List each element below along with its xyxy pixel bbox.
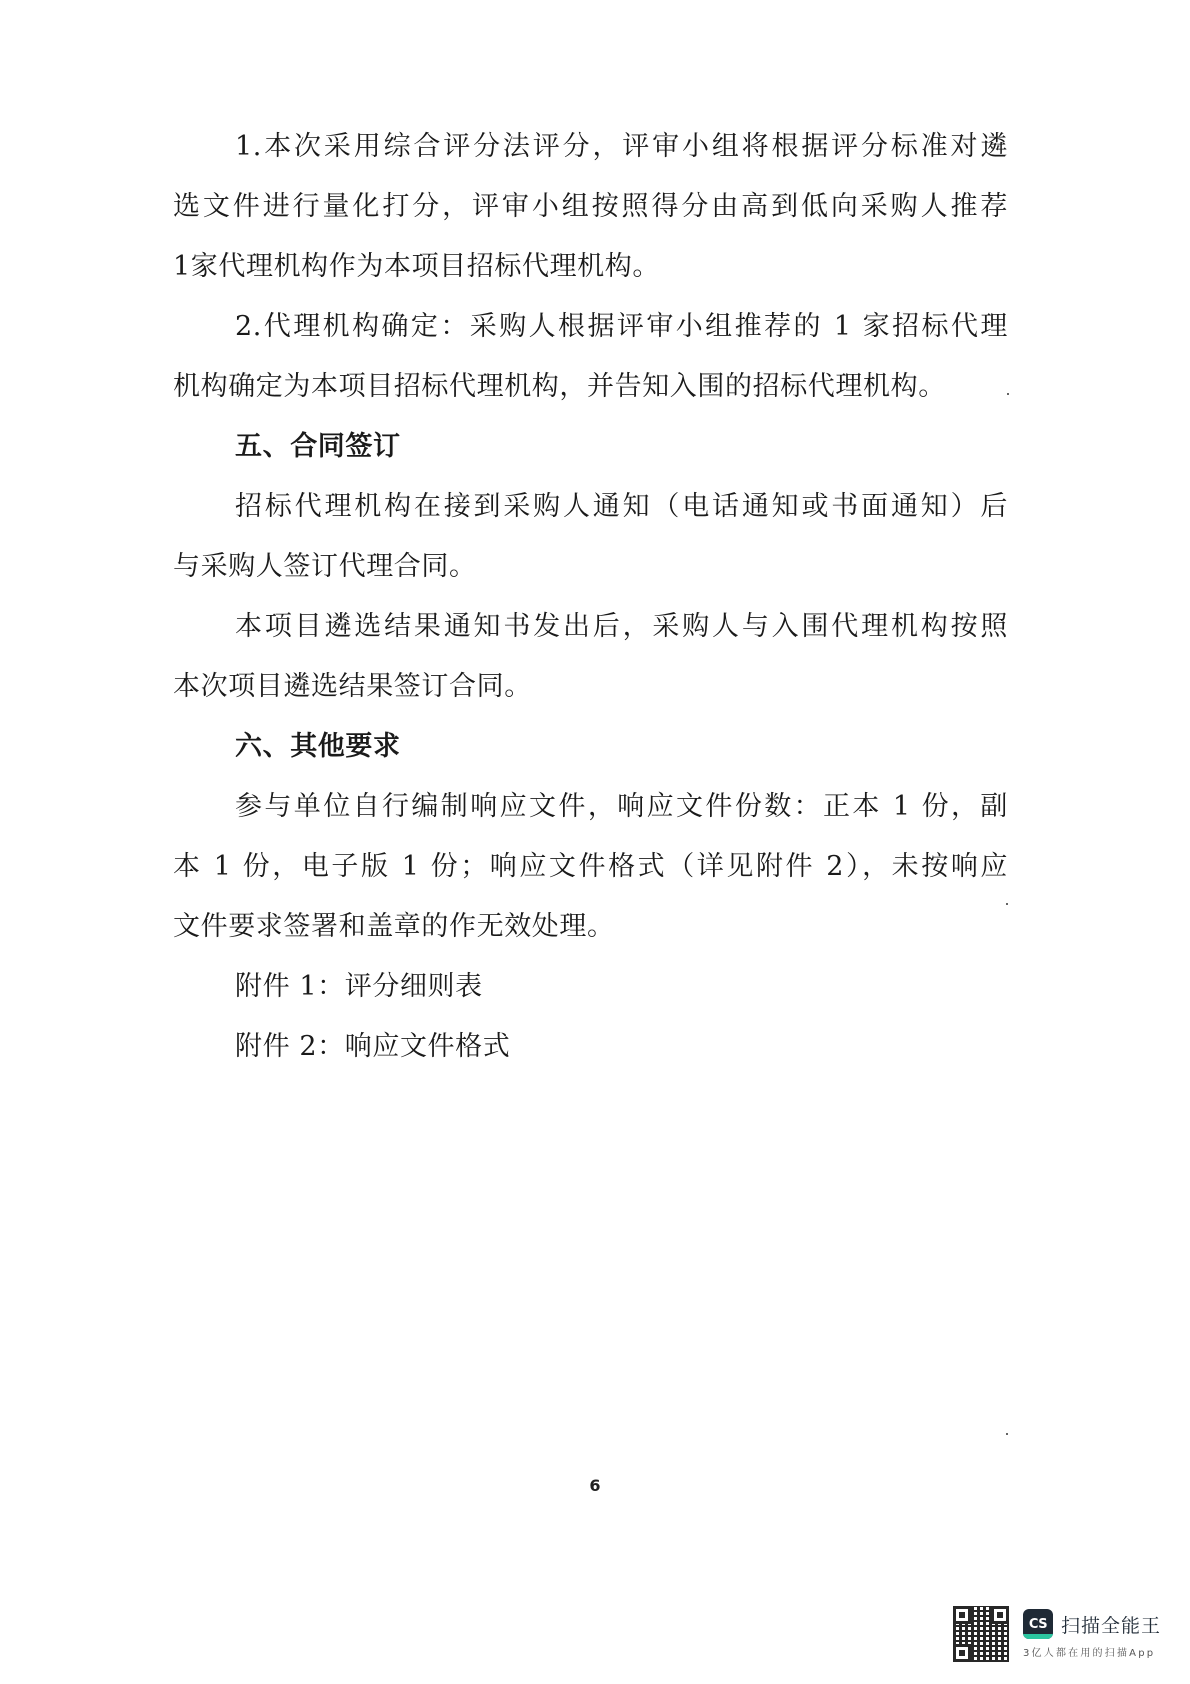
heading-text: 五、合同签订 bbox=[173, 417, 1008, 477]
text-line: 2.代理机构确定：采购人根据评审小组推荐的 1 家招标代理 bbox=[173, 297, 1008, 357]
paragraph-scoring-method: 1.本次采用综合评分法评分，评审小组将根据评分标准对遴 选文件进行量化打分，评审… bbox=[173, 117, 1008, 297]
text-line: 机构确定为本项目招标代理机构，并告知入围的招标代理机构。 bbox=[173, 357, 1008, 417]
scan-speck bbox=[1006, 903, 1008, 905]
text-line: 本项目遴选结果通知书发出后，采购人与入围代理机构按照 bbox=[173, 597, 1008, 657]
app-name: 扫描全能王 bbox=[1061, 1611, 1161, 1638]
attachment-1: 附件 1：评分细则表 bbox=[173, 957, 1008, 1017]
heading-text: 六、其他要求 bbox=[173, 717, 1008, 777]
text-line: 招标代理机构在接到采购人通知（电话通知或书面通知）后 bbox=[173, 477, 1008, 537]
attachment-2: 附件 2：响应文件格式 bbox=[173, 1017, 1008, 1077]
scan-speck bbox=[1006, 1433, 1008, 1435]
text-line: 文件要求签署和盖章的作无效处理。 bbox=[173, 897, 1008, 957]
scanner-brand: CS 扫描全能王 3亿人都在用的扫描App bbox=[1023, 1609, 1161, 1659]
text-line: 1.本次采用综合评分法评分，评审小组将根据评分标准对遴 bbox=[173, 117, 1008, 177]
text-line: 与采购人签订代理合同。 bbox=[173, 537, 1008, 597]
paragraph-contract-after-result: 本项目遴选结果通知书发出后，采购人与入围代理机构按照 本次项目遴选结果签订合同。 bbox=[173, 597, 1008, 717]
camscanner-logo-icon: CS bbox=[1023, 1609, 1053, 1639]
scanner-watermark: CS 扫描全能王 3亿人都在用的扫描App bbox=[953, 1604, 1163, 1664]
section-heading-contract-signing: 五、合同签订 bbox=[173, 417, 1008, 477]
page-number: 6 bbox=[0, 1476, 1190, 1495]
qr-code-icon bbox=[953, 1606, 1009, 1662]
attachment-label: 附件 2：响应文件格式 bbox=[173, 1017, 1008, 1077]
document-page: 1.本次采用综合评分法评分，评审小组将根据评分标准对遴 选文件进行量化打分，评审… bbox=[0, 0, 1190, 1684]
app-tagline: 3亿人都在用的扫描App bbox=[1023, 1644, 1161, 1659]
paragraph-contract-notice: 招标代理机构在接到采购人通知（电话通知或书面通知）后 与采购人签订代理合同。 bbox=[173, 477, 1008, 597]
section-heading-other-requirements: 六、其他要求 bbox=[173, 717, 1008, 777]
text-line: 本次项目遴选结果签订合同。 bbox=[173, 657, 1008, 717]
text-line: 选文件进行量化打分，评审小组按照得分由高到低向采购人推荐 bbox=[173, 177, 1008, 237]
scan-speck bbox=[1007, 393, 1009, 395]
text-line: 1家代理机构作为本项目招标代理机构。 bbox=[173, 237, 1008, 297]
attachment-label: 附件 1：评分细则表 bbox=[173, 957, 1008, 1017]
text-line: 参与单位自行编制响应文件，响应文件份数：正本 1 份，副 bbox=[173, 777, 1008, 837]
document-body: 1.本次采用综合评分法评分，评审小组将根据评分标准对遴 选文件进行量化打分，评审… bbox=[173, 117, 1008, 1077]
paragraph-agency-confirmation: 2.代理机构确定：采购人根据评审小组推荐的 1 家招标代理 机构确定为本项目招标… bbox=[173, 297, 1008, 417]
paragraph-response-documents: 参与单位自行编制响应文件，响应文件份数：正本 1 份，副 本 1 份，电子版 1… bbox=[173, 777, 1008, 957]
text-line: 本 1 份，电子版 1 份；响应文件格式（详见附件 2），未按响应 bbox=[173, 837, 1008, 897]
